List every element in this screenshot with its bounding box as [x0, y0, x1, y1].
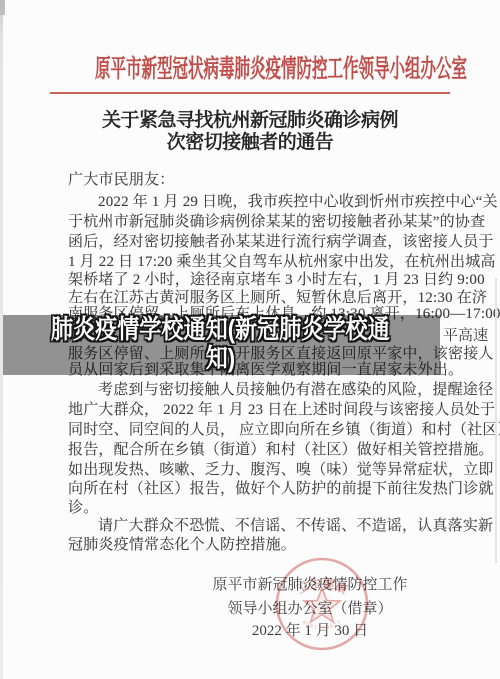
- body-line: 于杭州市新冠肺炎确诊病例徐某某的密切接触者孙某某”的协查: [68, 210, 485, 231]
- scan-corner-notch: [0, 0, 5, 15]
- caption-text-line1: 肺炎疫情学校通知(新冠肺炎学校通: [51, 315, 390, 344]
- scan-edge-right: [495, 278, 497, 563]
- seal-serial: 4081190677: [301, 620, 344, 632]
- body-line: 如出现发热、咳嗽、乏力、腹泻、嗅（味）觉等异常症状，立即: [68, 458, 494, 479]
- scanned-notice-page: 原平市新型冠状病毒肺炎疫情防控工作领导小组办公室 关于紧急寻找杭州新冠肺炎确诊病…: [0, 0, 500, 679]
- body-line: 函后，经对密切接触者孙某某进行流行病学调查，该密接人员于: [68, 230, 494, 251]
- body-line: 同时空、同空间的人员， 应立即向所在乡镇（街道）和村（社区）: [68, 418, 500, 439]
- letterhead-issuer: 原平市新型冠状病毒肺炎疫情防控工作领导小组办公室: [95, 49, 405, 85]
- caption-overlay-band: 肺炎疫情学校通知(新冠肺炎学校通 知): [0, 315, 440, 375]
- body-line: 地广大群众， 2022 年 1 月 23 日在上述时间段与该密接人员处于: [68, 398, 495, 419]
- body-line: 2022 年 1 月 29 日晚，我市疾控中心收到忻州市疾控中心“关: [68, 190, 498, 211]
- scan-edge-left: [0, 0, 3, 679]
- official-seal: 卫生健康 4081190677: [273, 555, 371, 653]
- body-line: 冠肺炎疫情常态化个人防控措施。: [68, 533, 296, 554]
- body-line: 考虑到与密切接触人员接触仍有潜在感染的风险，提醒途径: [68, 378, 493, 399]
- salutation: 广大市民朋友：: [68, 168, 174, 189]
- seal-star-icon: [304, 588, 340, 622]
- letterhead-rule: [50, 92, 450, 94]
- notice-title-line2: 次密切接触者的通告: [0, 127, 500, 154]
- body-line: 向所在村（社区）报告，做好个人防护的前提下前往发热门诊就: [68, 477, 494, 498]
- body-line: 报告，配合所在乡镇（街道）和村（社区）做好相关管控措施。: [68, 438, 494, 459]
- caption-text-line2: 知): [205, 344, 234, 373]
- body-line: 请广大群众不恐慌、不信谣、不传谣、不造谣，认真落实新: [68, 514, 493, 535]
